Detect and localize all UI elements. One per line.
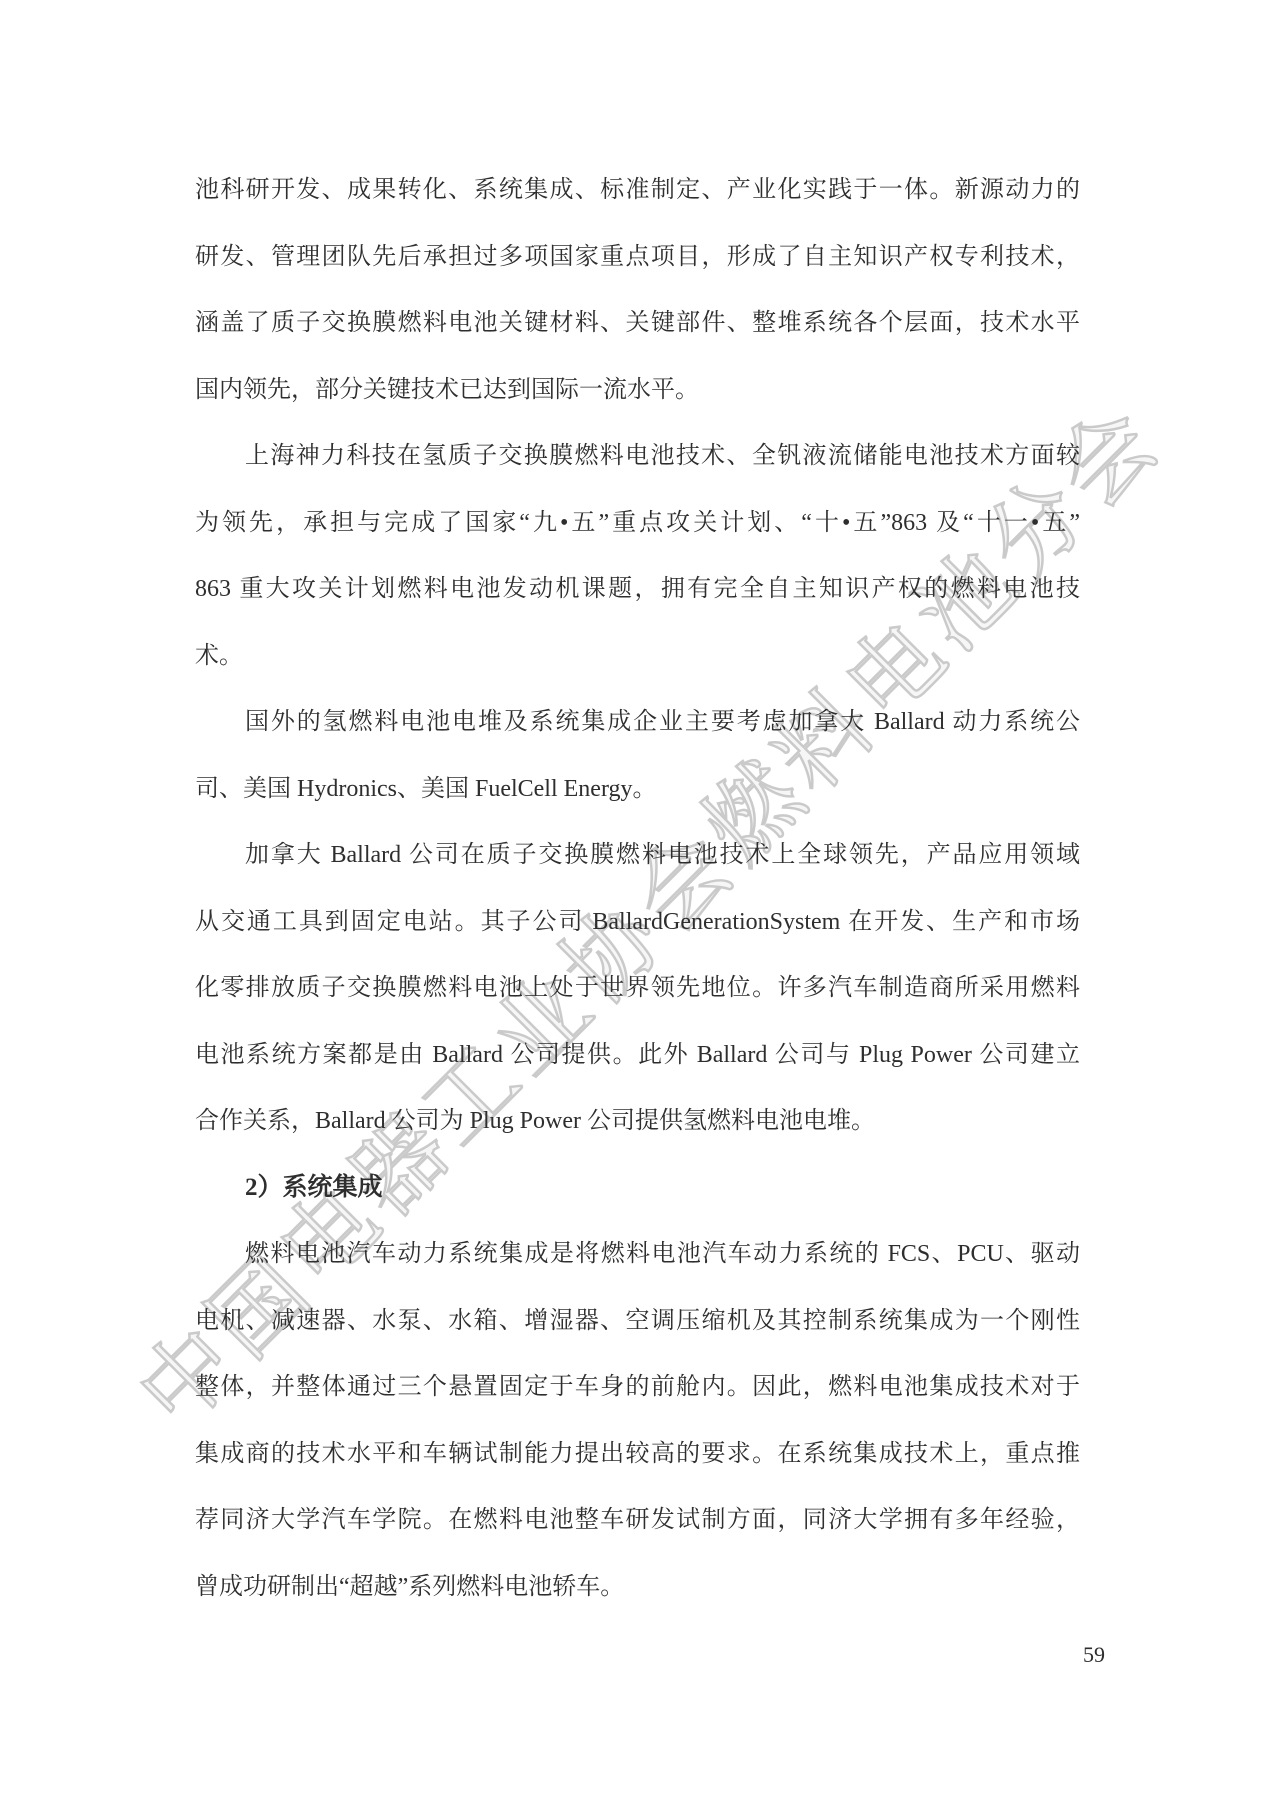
paragraph: 燃料电池汽车动力系统集成是将燃料电池汽车动力系统的 FCS、PCU、驱动电机、减…	[195, 1221, 1080, 1620]
text-line: 电机、减速器、水泵、水箱、增湿器、空调压缩机及其控制系统集成为一个刚性	[195, 1288, 1080, 1355]
text-line: 上海神力科技在氢质子交换膜燃料电池技术、全钒液流储能电池技术方面较	[195, 423, 1080, 490]
text-line: 化零排放质子交换膜燃料电池上处于世界领先地位。许多汽车制造商所采用燃料	[195, 955, 1080, 1022]
document-body: 池科研开发、成果转化、系统集成、标准制定、产业化实践于一体。新源动力的研发、管理…	[195, 157, 1080, 1620]
text-line: 863 重大攻关计划燃料电池发动机课题，拥有完全自主知识产权的燃料电池技	[195, 556, 1080, 623]
text-line: 曾成功研制出“超越”系列燃料电池轿车。	[195, 1554, 1080, 1621]
text-line: 司、美国 Hydronics、美国 FuelCell Energy。	[195, 756, 1080, 823]
text-line: 2）系统集成	[195, 1155, 1080, 1222]
paragraph: 国外的氢燃料电池电堆及系统集成企业主要考虑加拿大 Ballard 动力系统公司、…	[195, 689, 1080, 822]
paragraph: 加拿大 Ballard 公司在质子交换膜燃料电池技术上全球领先，产品应用领域从交…	[195, 822, 1080, 1155]
text-line: 研发、管理团队先后承担过多项国家重点项目，形成了自主知识产权专利技术，	[195, 224, 1080, 291]
text-line: 从交通工具到固定电站。其子公司 BallardGenerationSystem …	[195, 889, 1080, 956]
text-line: 荐同济大学汽车学院。在燃料电池整车研发试制方面，同济大学拥有多年经验，	[195, 1487, 1080, 1554]
text-line: 集成商的技术水平和车辆试制能力提出较高的要求。在系统集成技术上，重点推	[195, 1421, 1080, 1488]
text-line: 涵盖了质子交换膜燃料电池关键材料、关键部件、整堆系统各个层面，技术水平	[195, 290, 1080, 357]
text-line: 池科研开发、成果转化、系统集成、标准制定、产业化实践于一体。新源动力的	[195, 157, 1080, 224]
text-line: 加拿大 Ballard 公司在质子交换膜燃料电池技术上全球领先，产品应用领域	[195, 822, 1080, 889]
text-line: 燃料电池汽车动力系统集成是将燃料电池汽车动力系统的 FCS、PCU、驱动	[195, 1221, 1080, 1288]
text-line: 术。	[195, 623, 1080, 690]
paragraph: 上海神力科技在氢质子交换膜燃料电池技术、全钒液流储能电池技术方面较为领先，承担与…	[195, 423, 1080, 689]
text-line: 电池系统方案都是由 Ballard 公司提供。此外 Ballard 公司与 Pl…	[195, 1022, 1080, 1089]
text-line: 国内领先，部分关键技术已达到国际一流水平。	[195, 357, 1080, 424]
page-number: 59	[1083, 1640, 1105, 1670]
text-line: 合作关系，Ballard 公司为 Plug Power 公司提供氢燃料电池电堆。	[195, 1088, 1080, 1155]
text-line: 为领先，承担与完成了国家“九•五”重点攻关计划、“十•五”863 及“十一•五”	[195, 490, 1080, 557]
document-page: 中国电器工业协会燃料电池分会 池科研开发、成果转化、系统集成、标准制定、产业化实…	[0, 0, 1273, 1800]
section-heading: 2）系统集成	[195, 1155, 1080, 1222]
paragraph: 池科研开发、成果转化、系统集成、标准制定、产业化实践于一体。新源动力的研发、管理…	[195, 157, 1080, 423]
text-line: 整体，并整体通过三个悬置固定于车身的前舱内。因此，燃料电池集成技术对于	[195, 1354, 1080, 1421]
text-line: 国外的氢燃料电池电堆及系统集成企业主要考虑加拿大 Ballard 动力系统公	[195, 689, 1080, 756]
